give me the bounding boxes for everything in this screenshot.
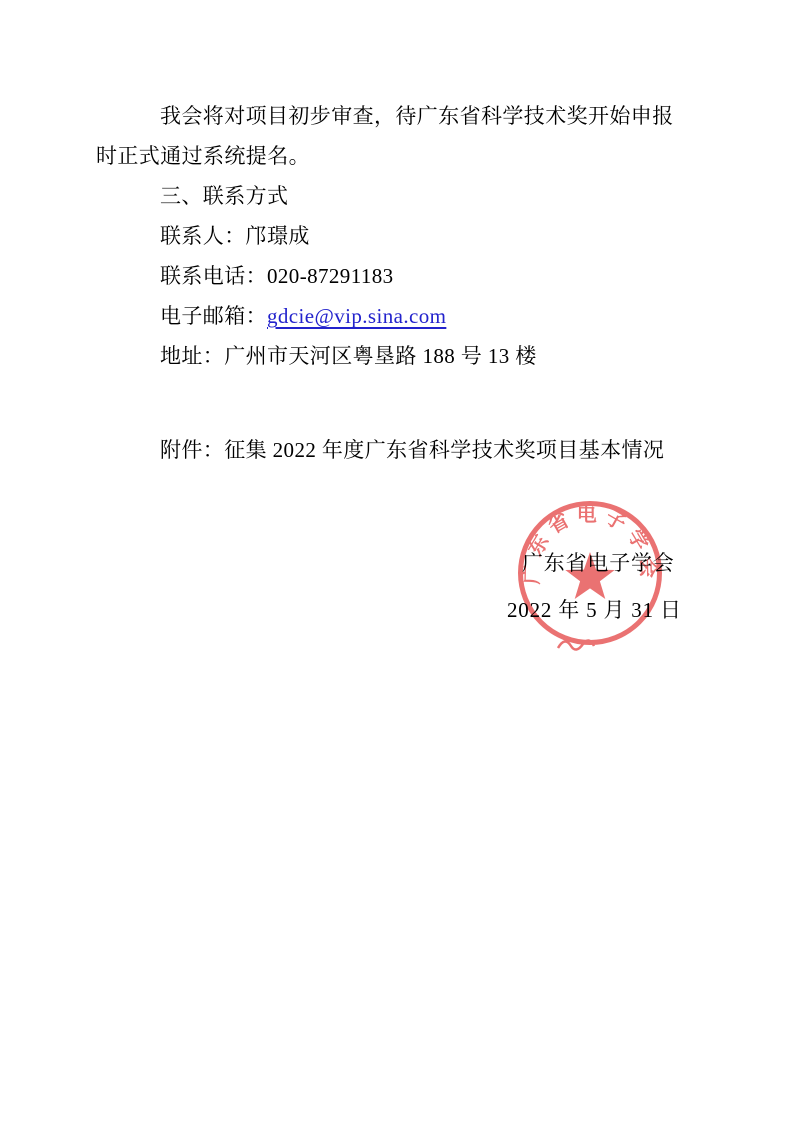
email-link[interactable]: gdcie@vip.sina.com (267, 304, 446, 328)
signature-date: 2022 年 5 月 31 日 (507, 594, 682, 624)
signature-organization: 广东省电子学会 (522, 547, 675, 577)
document-body: 我会将对项目初步审查，待广东省科学技术奖开始申报 时正式通过系统提名。 三、联系… (96, 96, 696, 470)
document-page: 我会将对项目初步审查，待广东省科学技术奖开始申报 时正式通过系统提名。 三、联系… (0, 0, 794, 1122)
official-seal: 广东省电子学会 (510, 494, 670, 666)
paragraph-line: 时正式通过系统提名。 (96, 136, 696, 176)
attachment-line: 附件：征集 2022 年度广东省科学技术奖项目基本情况 (96, 430, 696, 470)
contact-email-line: 电子邮箱：gdcie@vip.sina.com (96, 296, 696, 336)
section-heading: 三、联系方式 (96, 176, 696, 216)
contact-address-line: 地址：广州市天河区粤垦路 188 号 13 楼 (96, 336, 696, 376)
contact-person-line: 联系人：邝璟成 (96, 216, 696, 256)
contact-phone-line: 联系电话：020-87291183 (96, 256, 696, 296)
paragraph-line: 我会将对项目初步审查，待广东省科学技术奖开始申报 (96, 96, 696, 136)
email-label: 电子邮箱： (160, 304, 267, 328)
